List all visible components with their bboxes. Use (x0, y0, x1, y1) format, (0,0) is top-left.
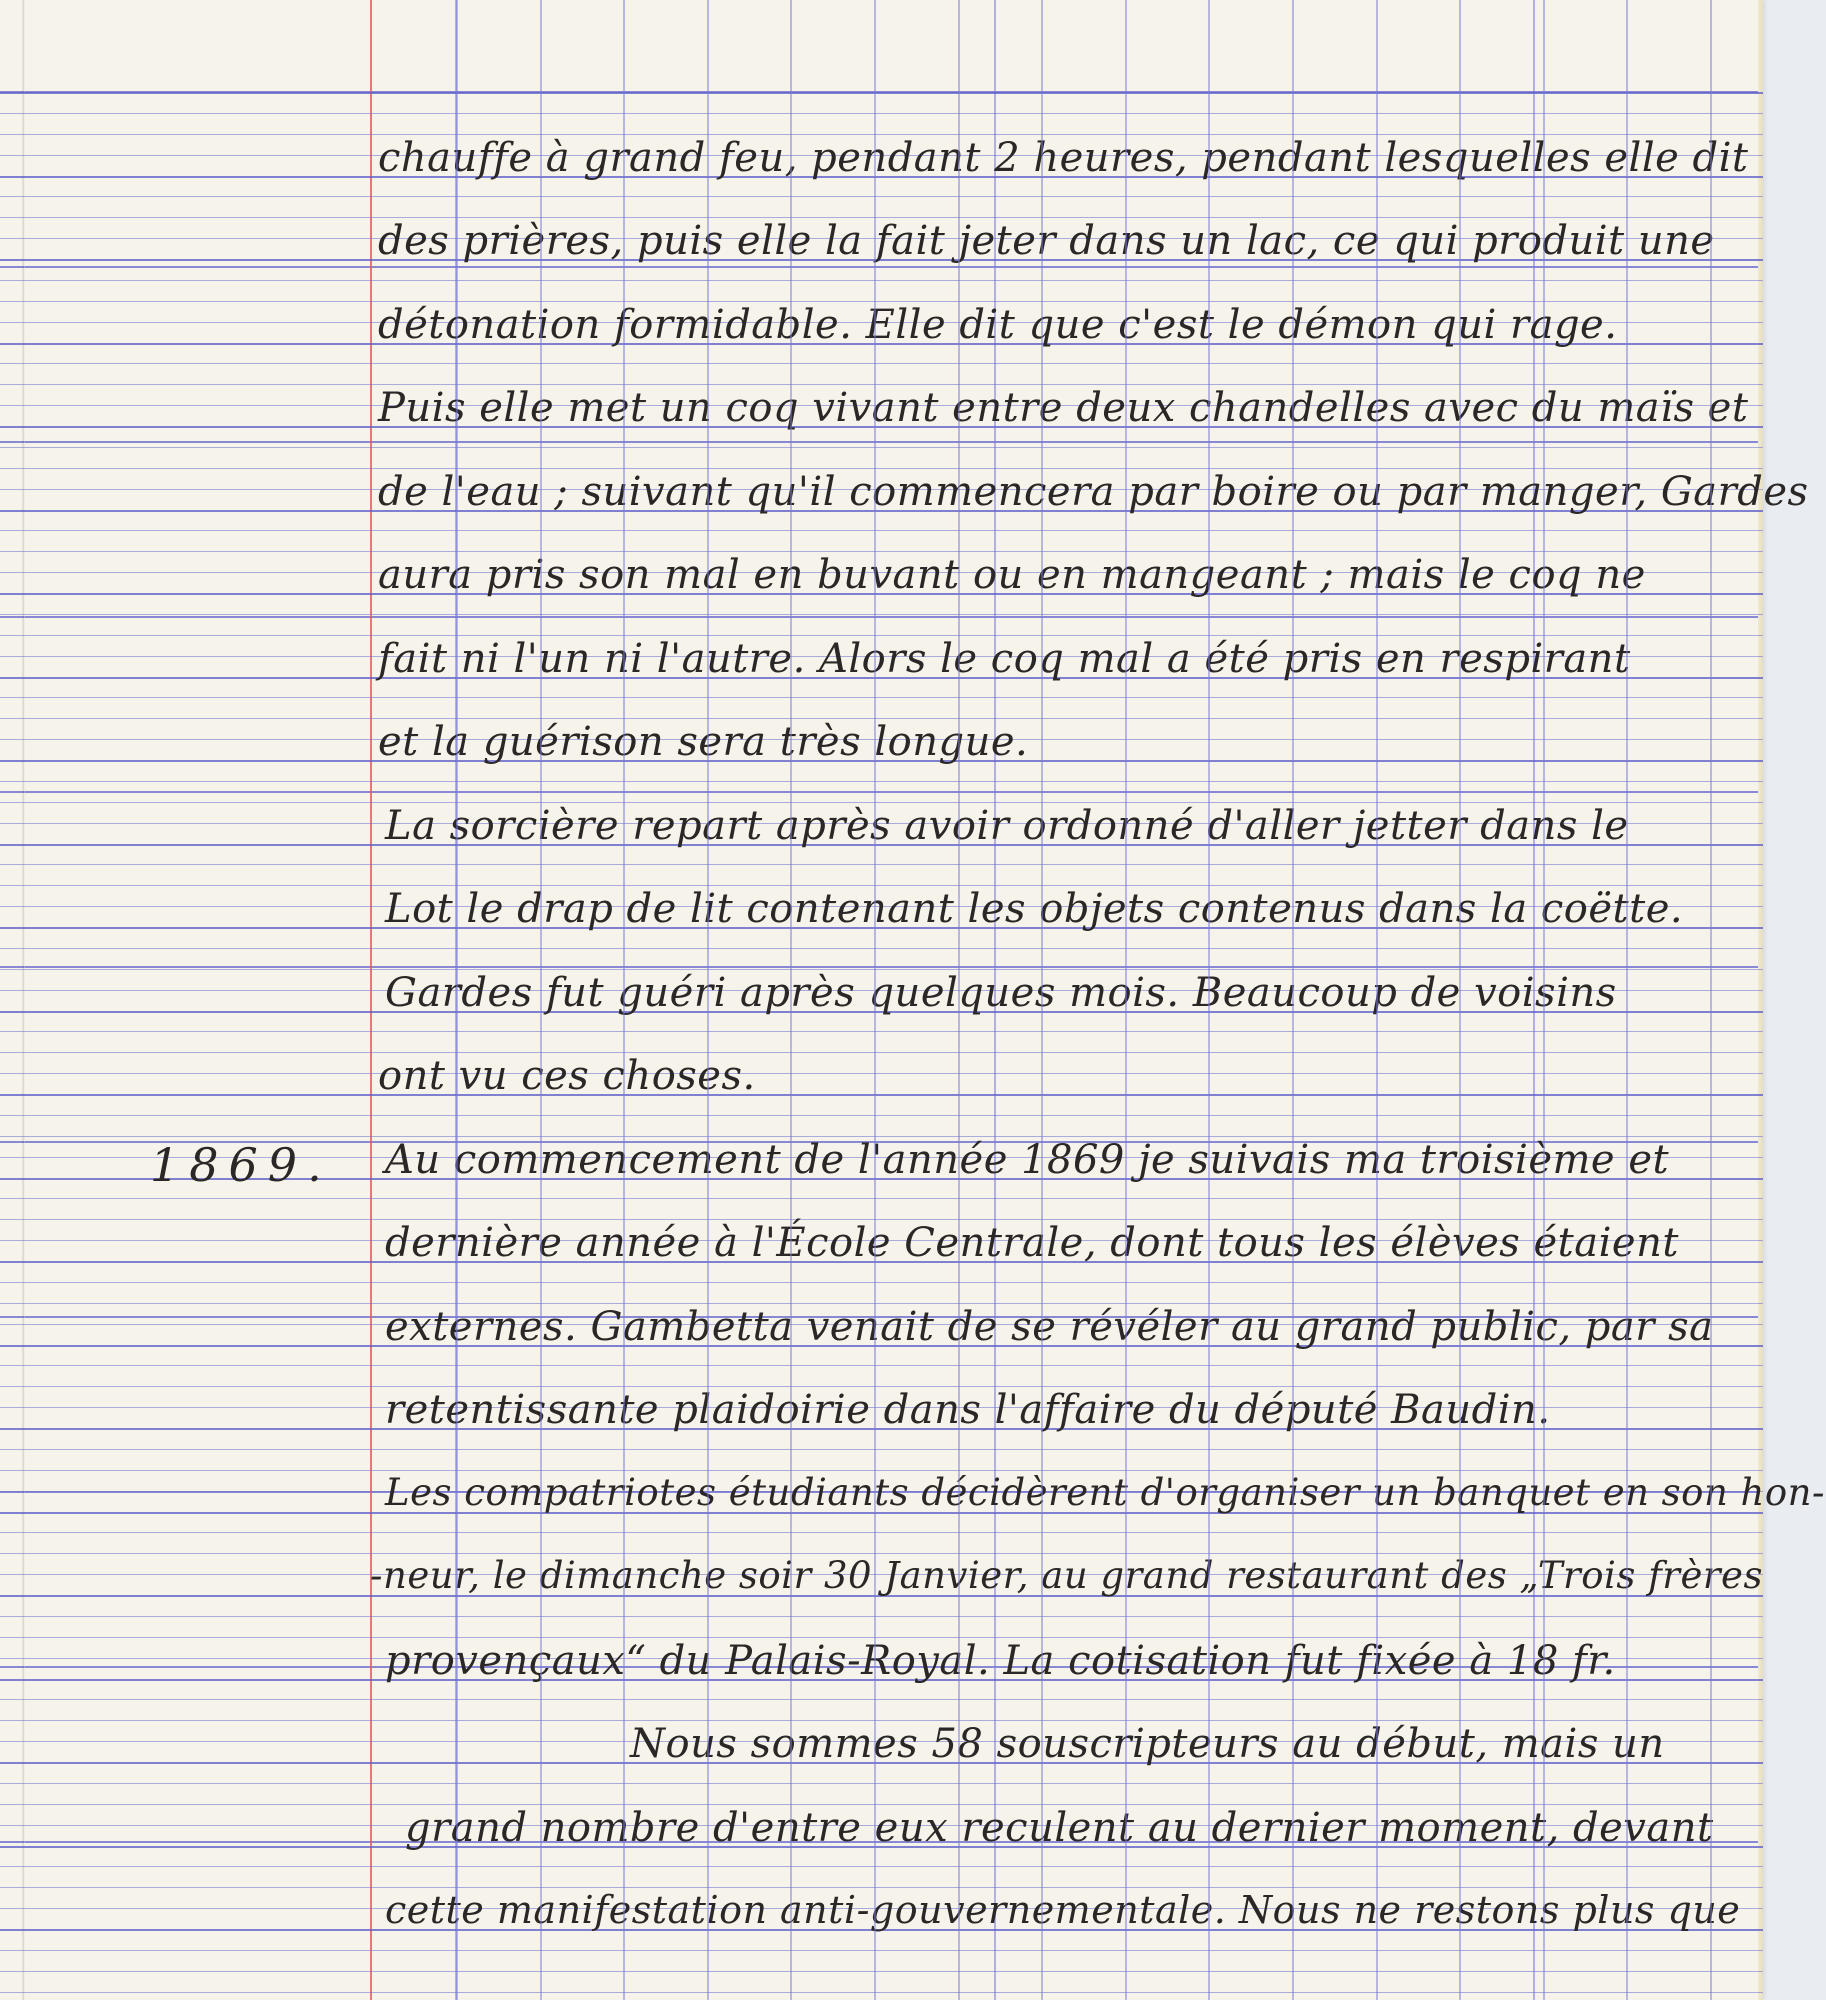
text-line: externes. Gambetta venait de se révéler … (385, 1307, 1713, 1347)
ruled-line (0, 1971, 1763, 1972)
grid-line-vertical (1041, 0, 1043, 2000)
grid-line-vertical (1292, 0, 1294, 2000)
text-line: Au commencement de l'année 1869 je suiva… (385, 1140, 1669, 1180)
ruled-line (0, 1783, 1763, 1784)
ruled-line (0, 530, 1763, 531)
ruled-line (0, 1198, 1763, 1199)
text-line: détonation formidable. Elle dit que c'es… (378, 305, 1617, 345)
ruled-line (0, 1031, 1763, 1032)
text-line: cette manifestation anti-gouvernementale… (385, 1891, 1740, 1929)
text-line: -neur, le dimanche soir 30 Janvier, au g… (370, 1557, 1763, 1594)
text-line: Lot le drap de lit contenant les objets … (385, 889, 1683, 929)
ruled-line (0, 1992, 1763, 1993)
red-margin-line (370, 0, 372, 2000)
ruled-line (0, 1052, 1763, 1053)
notebook-page: 1869. chauffe à grand feu, pendant 2 heu… (0, 0, 1763, 2000)
text-line: Nous sommes 58 souscripteurs au début, m… (630, 1724, 1665, 1764)
grid-line-vertical (958, 0, 960, 2000)
ruled-line (0, 864, 1763, 865)
ruled-line (0, 614, 1763, 615)
ruled-line (0, 447, 1763, 448)
grid-line-vertical (1626, 0, 1628, 2000)
ruled-line (0, 781, 1763, 782)
ruled-line (0, 1866, 1763, 1867)
ruled-line-bold (0, 92, 1763, 94)
grid-line-vertical (456, 0, 458, 2000)
text-line: dernière année à l'École Centrale, dont … (385, 1223, 1679, 1263)
grid-line-vertical (790, 0, 792, 2000)
ruled-line (0, 948, 1763, 949)
grid-line-vertical (1459, 0, 1461, 2000)
ruled-line (0, 1699, 1763, 1700)
ruled-line (0, 363, 1763, 364)
ruled-line (0, 1616, 1763, 1617)
grid-line-vertical (1376, 0, 1378, 2000)
grid-line-vertical (707, 0, 709, 2000)
ruled-line (0, 1449, 1763, 1450)
grid-line-vertical (1208, 0, 1210, 2000)
text-line: et la guérison sera très longue. (378, 722, 1028, 762)
ruled-line (0, 1073, 1763, 1074)
page-edge (1758, 0, 1763, 2000)
grid-line-vertical (623, 0, 625, 2000)
grid-line-vertical (1710, 0, 1712, 2000)
text-line: La sorcière repart après avoir ordonné d… (385, 806, 1629, 846)
text-line: fait ni l'un ni l'autre. Alors le coq ma… (378, 639, 1631, 679)
text-line: provençaux“ du Palais-Royal. La cotisati… (385, 1641, 1616, 1681)
ruled-line (0, 1365, 1763, 1366)
text-line: aura pris son mal en buvant ou en mangea… (378, 555, 1646, 595)
ruled-line (0, 1115, 1763, 1116)
grid-line-vertical (874, 0, 876, 2000)
text-line: Les compatriotes étudiants décidèrent d'… (385, 1474, 1825, 1511)
ruled-line (0, 1282, 1763, 1283)
ruled-line (0, 196, 1763, 197)
grid-line-vertical (1125, 0, 1127, 2000)
ruled-line (0, 1532, 1763, 1533)
ruled-line (0, 1950, 1763, 1951)
binding-fold (22, 0, 25, 2000)
grid-line-vertical (540, 0, 542, 2000)
text-line: ont vu ces choses. (378, 1056, 756, 1096)
text-line: de l'eau ; suivant qu'il commencera par … (378, 472, 1809, 512)
text-line: grand nombre d'entre eux reculent au der… (405, 1808, 1714, 1848)
ruled-line (0, 280, 1763, 281)
margin-year-note: 1869. (150, 1138, 332, 1192)
text-line: Gardes fut guéri après quelques mois. Be… (385, 973, 1617, 1013)
ruled-line (0, 113, 1763, 114)
grid-line-vertical (1543, 0, 1545, 2000)
ruled-line-bold (0, 1094, 1763, 1096)
text-line: des prières, puis elle la fait jeter dan… (378, 221, 1715, 261)
ruled-line (0, 697, 1763, 698)
